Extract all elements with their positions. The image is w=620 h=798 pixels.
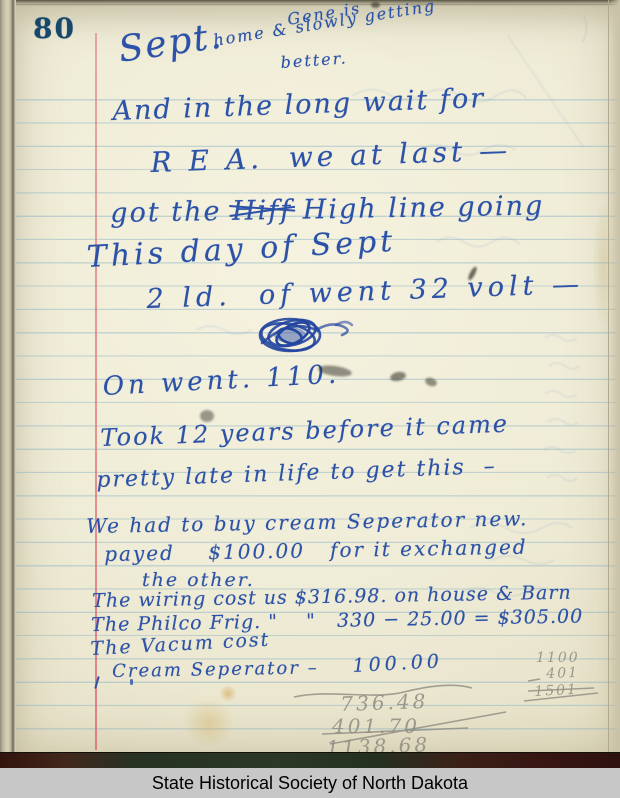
pencil-center-addend-1: 736.48 <box>340 689 429 716</box>
pencil-right-addend-1: 1100 <box>536 650 580 666</box>
stain <box>180 700 238 746</box>
stain <box>218 686 238 701</box>
caption-bar: State Historical Society of North Dakota <box>0 768 620 798</box>
crossed-out-word: Hiff <box>232 195 293 227</box>
ink-smudge <box>200 410 214 422</box>
entry-line-3-suffix: High line going <box>292 190 545 225</box>
entry-line-3-prefix: got the <box>110 196 232 229</box>
page-right-edge <box>608 0 620 753</box>
entry-line-15-amount: 100.00 <box>352 650 444 677</box>
caption-text: State Historical Society of North Dakota <box>152 773 468 794</box>
stain <box>592 200 614 330</box>
entry-line-15: Cream Seperator – <box>112 657 319 682</box>
scanned-ledger-page: 80 Gene is home & slowly getting better.… <box>0 0 620 798</box>
book-cover-edge <box>0 752 620 769</box>
page-number: 80 <box>33 12 76 45</box>
pencil-right-addend-2: 401 <box>546 665 579 682</box>
ink-mark <box>130 679 133 685</box>
pencil-right-total: 1501 <box>534 682 578 700</box>
ink-smudge <box>371 2 380 8</box>
book-left-edge <box>0 0 16 753</box>
